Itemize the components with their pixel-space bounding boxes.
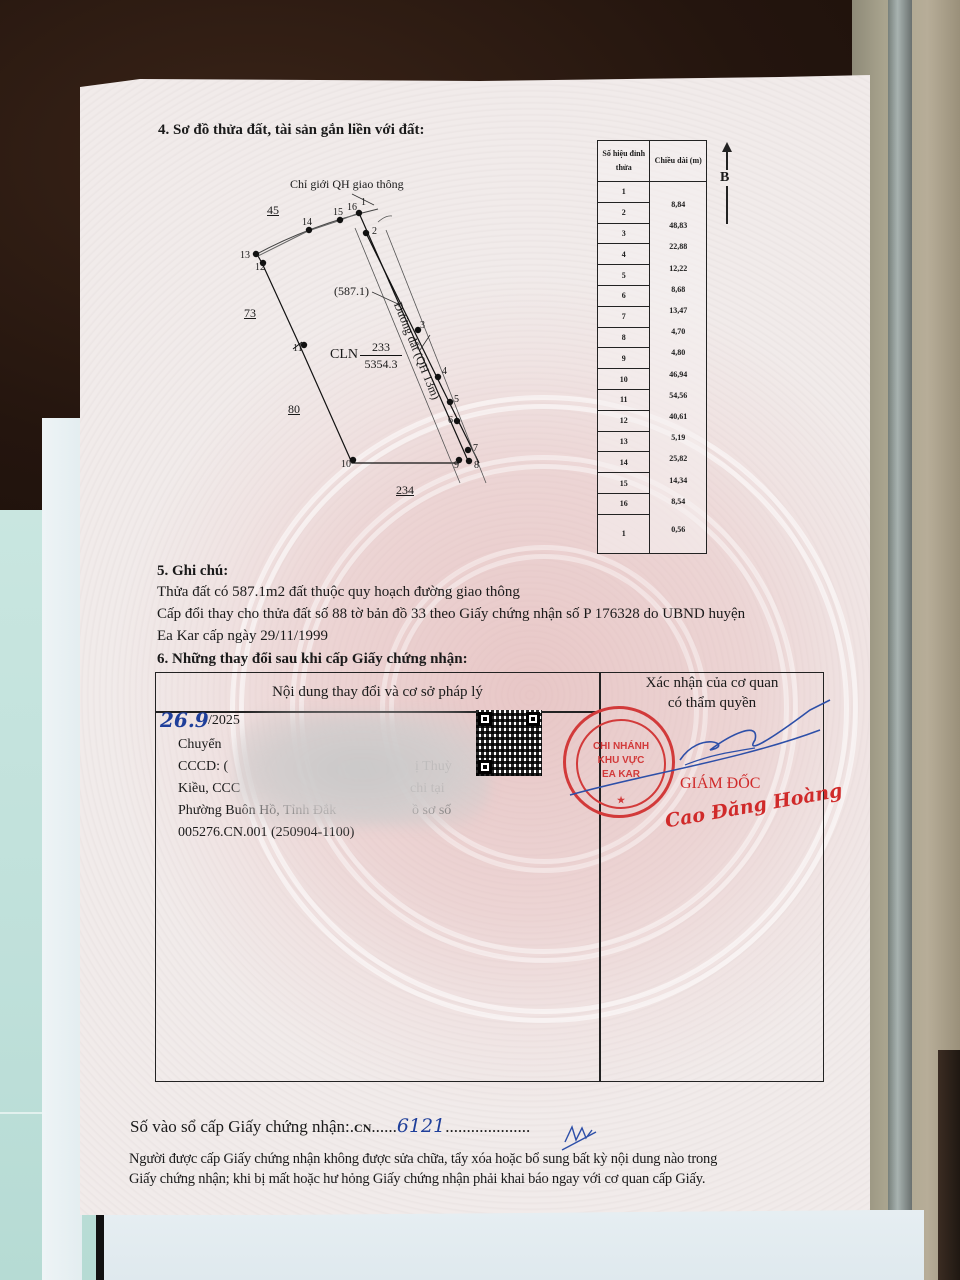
point-label-1: 1: [361, 197, 366, 208]
edge-length-value: 14,34: [650, 476, 706, 485]
point-number-cell: 13: [598, 431, 650, 452]
point-number-cell: 16: [598, 493, 650, 514]
point-label-5: 5: [454, 394, 459, 405]
edge-length-value: 48,83: [650, 221, 706, 230]
registry-number-handwritten: 6121: [397, 1115, 445, 1137]
north-arrow-icon: [726, 150, 728, 224]
edge-length-value: 25,82: [650, 454, 706, 463]
parcel-code: CLN: [330, 347, 358, 363]
edge-length-value: 8,68: [650, 285, 706, 294]
point-label-11: 11: [293, 343, 303, 354]
point-number-cell: 1: [598, 182, 650, 203]
neighbor-parcel-73: 73: [244, 306, 256, 321]
edge-length-value: 5,19: [650, 433, 706, 442]
point-label-3: 3: [420, 320, 425, 331]
point-number-cell: 7: [598, 306, 650, 327]
edge-length-value: 46,94: [650, 370, 706, 379]
note-line-2: Cấp đổi thay cho thửa đất số 88 tờ bản đ…: [157, 606, 745, 623]
changes-content-header: Nội dung thay đổi và cơ sở pháp lý: [156, 684, 599, 701]
point-label-9: 9: [454, 460, 459, 471]
section-5-title: 5. Ghi chú:: [157, 563, 228, 580]
registry-label: Số vào sổ cấp Giấy chứng nhận:: [130, 1117, 350, 1136]
point-number-cell: 15: [598, 473, 650, 494]
note-line-1: Thửa đất có 587.1m2 đất thuộc quy hoạch …: [157, 584, 520, 601]
qr-finder: [526, 712, 540, 726]
edge-table-row: 18,8448,8322,8812,228,6813,474,704,8046,…: [598, 182, 707, 203]
edge-length-value: 12,22: [650, 264, 706, 273]
registry-dots-1: ......: [371, 1117, 397, 1136]
north-label: B: [720, 170, 729, 186]
edge-length-value: 13,47: [650, 306, 706, 315]
point-label-13: 13: [240, 250, 250, 261]
parcel-area: 5354.3: [358, 357, 404, 372]
point-number-cell: 1: [598, 514, 650, 553]
qr-finder: [478, 760, 492, 774]
point-number-cell: 14: [598, 452, 650, 473]
neighbor-parcel-45: 45: [267, 203, 279, 218]
point-label-14: 14: [302, 217, 312, 228]
printed-year: /2025: [208, 713, 240, 729]
point-number-cell: 11: [598, 389, 650, 410]
entry-line-transfer: Chuyển: [178, 737, 222, 753]
planning-area-label: (587.1): [334, 284, 369, 299]
header-point-number: Số hiệu đỉnh thửa: [598, 141, 650, 182]
point-label-4: 4: [442, 366, 447, 377]
registry-dots-2: ....................: [445, 1117, 530, 1136]
point-number-cell: 2: [598, 202, 650, 223]
point-label-8: 8: [474, 460, 479, 471]
edge-length-value: 22,88: [650, 242, 706, 251]
entry-line-cccd: CCCD: (: [178, 759, 228, 775]
glass-edge-shadow: [938, 1050, 960, 1280]
point-number-cell: 8: [598, 327, 650, 348]
point-label-10: 10: [341, 459, 351, 470]
length-column: 8,8448,8322,8812,228,6813,474,704,8046,9…: [650, 182, 707, 554]
road-boundary-label: Chỉ giới QH giao thông: [290, 177, 404, 192]
neighbor-parcel-234: 234: [396, 483, 414, 498]
neighbor-parcel-80: 80: [288, 402, 300, 417]
point-label-15: 15: [333, 207, 343, 218]
note-line-3: Ea Kar cấp ngày 29/11/1999: [157, 628, 328, 645]
edge-length-value: 4,80: [650, 348, 706, 357]
parcel-number: 233: [360, 340, 402, 356]
edge-length-value: 8,84: [650, 200, 706, 209]
point-number-cell: 12: [598, 410, 650, 431]
header-length: Chiều dài (m): [650, 141, 707, 182]
edge-length-value: 40,61: [650, 412, 706, 421]
qr-finder: [478, 712, 492, 726]
qr-code[interactable]: [476, 710, 542, 776]
parcel-diagram: [0, 0, 960, 520]
white-sheet-behind: [42, 418, 82, 1280]
redacted-personal-info: [235, 712, 490, 827]
point-number-cell: 4: [598, 244, 650, 265]
section-6-title: 6. Những thay đổi sau khi cấp Giấy chứng…: [157, 651, 468, 668]
point-label-16: 16: [347, 202, 357, 213]
footer-notice-line-2: Giấy chứng nhận; khi bị mất hoặc hư hỏng…: [129, 1171, 705, 1188]
entry-line-kieu: Kiều, CCC: [178, 781, 240, 797]
registry-number-row: Số vào sổ cấp Giấy chứng nhận:.CN......6…: [130, 1115, 530, 1137]
point-label-7: 7: [473, 443, 478, 454]
signer-title: GIÁM ĐỐC: [680, 775, 760, 793]
handwritten-date: 26.9: [160, 708, 209, 732]
edge-length-value: 54,56: [650, 391, 706, 400]
point-label-2: 2: [372, 226, 377, 237]
entry-line-file-number: 005276.CN.001 (250904-1100): [178, 825, 354, 841]
point-number-cell: 6: [598, 285, 650, 306]
point-label-12: 12: [255, 262, 265, 273]
edge-length-value: 4,70: [650, 327, 706, 336]
registry-prefix: CN: [354, 1121, 371, 1135]
point-number-cell: 3: [598, 223, 650, 244]
point-number-cell: 5: [598, 265, 650, 286]
point-number-cell: 9: [598, 348, 650, 369]
footer-notice-line-1: Người được cấp Giấy chứng nhận không đượ…: [129, 1151, 717, 1168]
sheet-below-certificate: [96, 1210, 924, 1280]
edge-length-value: 8,54: [650, 497, 706, 506]
initials-mark: [560, 1122, 600, 1152]
parcel-edge-table: Số hiệu đỉnh thửa Chiều dài (m) 18,8448,…: [597, 140, 707, 554]
point-number-cell: 10: [598, 369, 650, 390]
edge-length-value: 0,56: [650, 525, 706, 534]
point-label-6: 6: [448, 415, 453, 426]
